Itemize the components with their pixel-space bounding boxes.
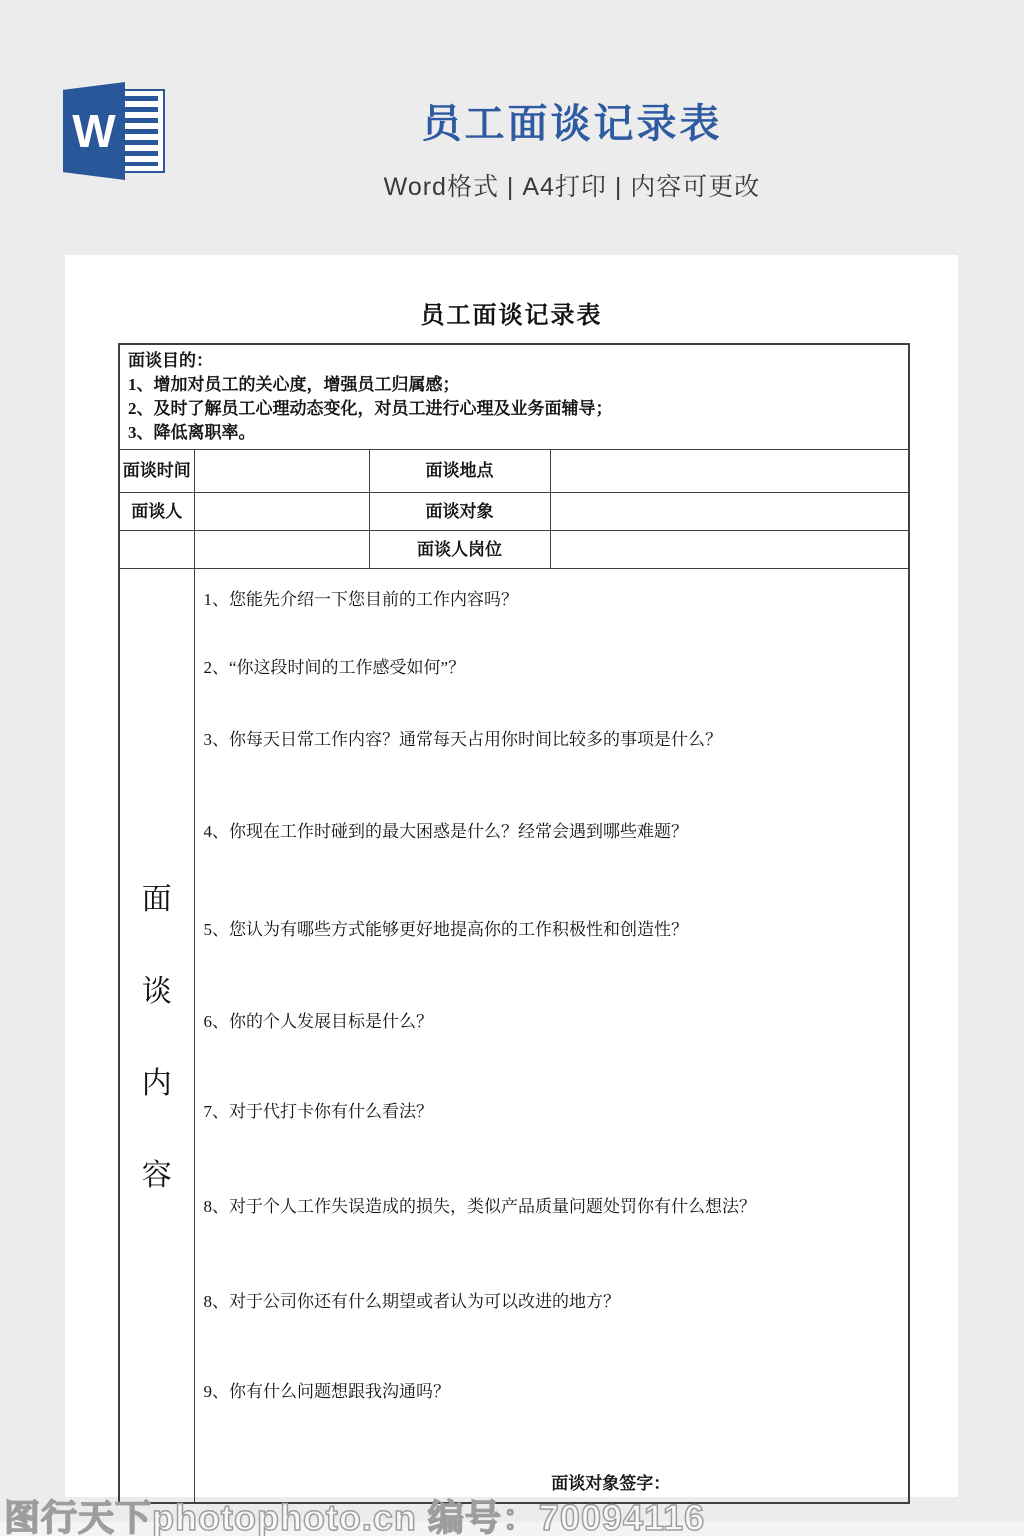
banner-text: 员工面谈记录表 Word格式 | A4打印 | 内容可更改 (120, 0, 1024, 203)
label-interviewer: 面谈人 (119, 493, 194, 531)
question-7: 7、对于代打卡你有什么看法？ (204, 1097, 434, 1122)
purpose-item-1: 1、增加对员工的关心度，增强员工归属感； (128, 373, 900, 397)
label-interviewee: 面谈对象 (369, 493, 550, 531)
content-section-header: 面 谈 内 容 (119, 569, 194, 1503)
question-10: 9、你有什么问题想跟我沟通吗？ (204, 1377, 451, 1402)
interview-form-table: 面谈目的： 1、增加对员工的关心度，增强员工归属感； 2、及时了解员工心理动态变… (118, 343, 910, 1504)
label-interview-time: 面谈时间 (119, 450, 194, 493)
question-4: 4、你现在工作时碰到的最大困惑是什么？经常会遇到哪些难题？ (204, 817, 689, 842)
info-row-position: 面谈人岗位 (119, 531, 909, 569)
field-interviewee-position[interactable] (550, 531, 909, 569)
field-blank[interactable] (194, 531, 369, 569)
question-8: 8、对于个人工作失误造成的损失，类似产品质量问题处罚你有什么想法？ (204, 1192, 757, 1217)
field-interview-time[interactable] (194, 450, 369, 493)
purpose-heading: 面谈目的： (128, 349, 900, 373)
document-title: 员工面谈记录表 (65, 295, 958, 330)
info-row-interviewer: 面谈人 面谈对象 (119, 493, 909, 531)
banner-title: 员工面谈记录表 (120, 92, 1024, 149)
vertical-char-2: 谈 (142, 977, 172, 1007)
question-5: 5、您认为有哪些方式能够更好地提高你的工作积极性和创造性？ (204, 915, 689, 940)
purpose-item-3: 3、降低离职率。 (128, 421, 900, 445)
document-page: 员工面谈记录表 面谈目的： 1、增加对员工的关心度，增强员工归属感； 2、及时了… (65, 255, 958, 1497)
question-6: 6、你的个人发展目标是什么？ (204, 1007, 434, 1032)
info-row-time: 面谈时间 面谈地点 (119, 450, 909, 493)
question-9: 8、对于公司你还有什么期望或者认为可以改进的地方？ (204, 1287, 621, 1312)
questions-cell[interactable]: 1、您能先介绍一下您目前的工作内容吗？ 2、“你这段时间的工作感受如何”？ 3、… (194, 569, 909, 1503)
vertical-char-4: 容 (142, 1161, 172, 1191)
word-icon-panel: W (63, 82, 125, 180)
purpose-cell: 面谈目的： 1、增加对员工的关心度，增强员工归属感； 2、及时了解员工心理动态变… (119, 344, 909, 450)
label-interview-place: 面谈地点 (369, 450, 550, 493)
word-icon-letter: W (72, 108, 115, 154)
label-blank (119, 531, 194, 569)
label-interviewee-position: 面谈人岗位 (369, 531, 550, 569)
field-interviewer[interactable] (194, 493, 369, 531)
content-row: 面 谈 内 容 1、您能先介绍一下您目前的工作内容吗？ 2、“你这段时间的工作感… (119, 569, 909, 1503)
vertical-char-3: 内 (142, 1069, 172, 1099)
vertical-char-1: 面 (142, 885, 172, 915)
purpose-row: 面谈目的： 1、增加对员工的关心度，增强员工归属感； 2、及时了解员工心理动态变… (119, 344, 909, 450)
watermark-text: 图行天下photophoto.cn 编号：70094116 (4, 1490, 705, 1536)
purpose-item-2: 2、及时了解员工心理动态变化，对员工进行心理及业务面辅导； (128, 397, 900, 421)
question-3: 3、你每天日常工作内容？通常每天占用你时间比较多的事项是什么？ (204, 725, 723, 750)
top-banner: W 员工面谈记录表 Word格式 | A4打印 | 内容可更改 (0, 0, 1024, 255)
question-1: 1、您能先介绍一下您目前的工作内容吗？ (204, 585, 519, 610)
question-2: 2、“你这段时间的工作感受如何”？ (204, 653, 466, 678)
field-interview-place[interactable] (550, 450, 909, 493)
field-interviewee[interactable] (550, 493, 909, 531)
banner-subtitle: Word格式 | A4打印 | 内容可更改 (120, 167, 1024, 203)
